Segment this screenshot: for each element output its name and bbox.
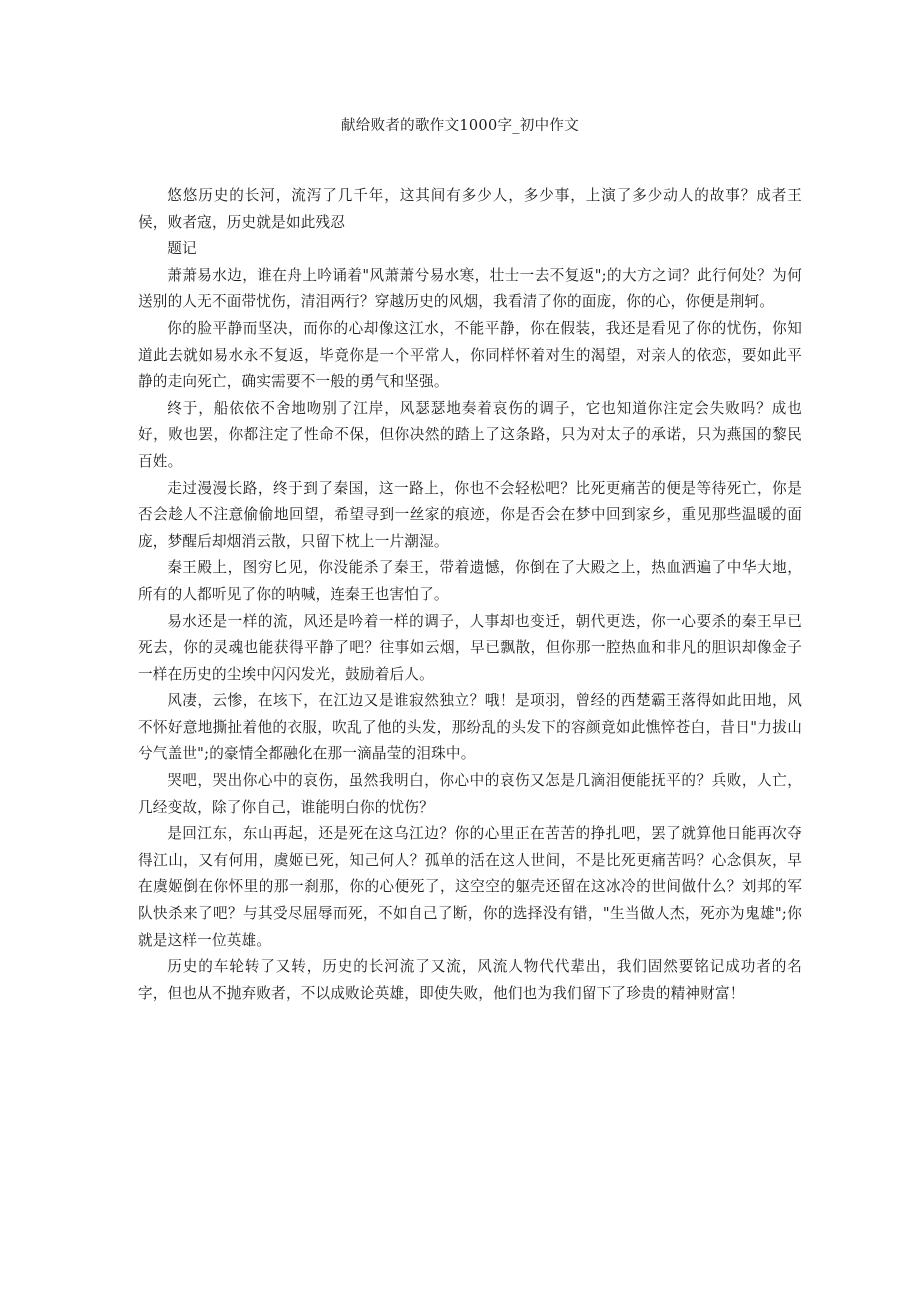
paragraph-intro: 悠悠历史的长河，流泻了几千年，这其间有多少人，多少事，上演了多少动人的故事？成者…	[138, 183, 802, 236]
paragraph-jingke-resolve: 你的脸平静而坚决，而你的心却像这江水，不能平静，你在假装，我还是看见了你的忧伤，…	[138, 316, 802, 396]
paragraph-epigraph-label: 题记	[138, 236, 802, 263]
paragraph-xiangyu-grief: 哭吧，哭出你心中的哀伤，虽然我明白，你心中的哀伤又怎是几滴泪便能抚平的？兵败，人…	[138, 768, 802, 821]
document-page: 献给败者的歌作文1000字_初中作文 悠悠历史的长河，流泻了几千年，这其间有多少…	[0, 0, 920, 1302]
paragraph-qin-palace: 秦王殿上，图穷匕见，你没能杀了秦王，带着遗憾，你倒在了大殿之上，热血洒遍了中华大…	[138, 555, 802, 608]
paragraph-xiangyu-gaixia: 风凄，云惨，在垓下，在江边又是谁寂然独立？哦！是项羽，曾经的西楚霸王落得如此田地…	[138, 688, 802, 768]
paragraph-yishui: 易水还是一样的流，风还是吟着一样的调子，人事却也变迁，朝代更迭，你一心要杀的秦王…	[138, 609, 802, 689]
paragraph-jingke-journey: 走过漫漫长路，终于到了秦国，这一路上，你也不会轻松吧？比死更痛苦的便是等待死亡，…	[138, 476, 802, 556]
document-body: 悠悠历史的长河，流泻了几千年，这其间有多少人，多少事，上演了多少动人的故事？成者…	[138, 183, 802, 1007]
paragraph-conclusion: 历史的车轮转了又转，历史的长河流了又流，风流人物代代辈出，我们固然要铭记成功者的…	[138, 954, 802, 1007]
paragraph-xiangyu-choice: 是回江东，东山再起，还是死在这乌江边？你的心里正在苦苦的挣扎吧，罢了就算他日能再…	[138, 821, 802, 954]
paragraph-jingke-farewell: 萧萧易水边，谁在舟上吟诵着"风萧萧兮易水寒，壮士一去不复返";的大方之词？此行何…	[138, 263, 802, 316]
paragraph-jingke-departure: 终于，船依依不舍地吻别了江岸，风瑟瑟地奏着哀伤的调子，它也知道你注定会失败吗？成…	[138, 396, 802, 476]
document-title: 献给败者的歌作文1000字_初中作文	[0, 116, 920, 136]
